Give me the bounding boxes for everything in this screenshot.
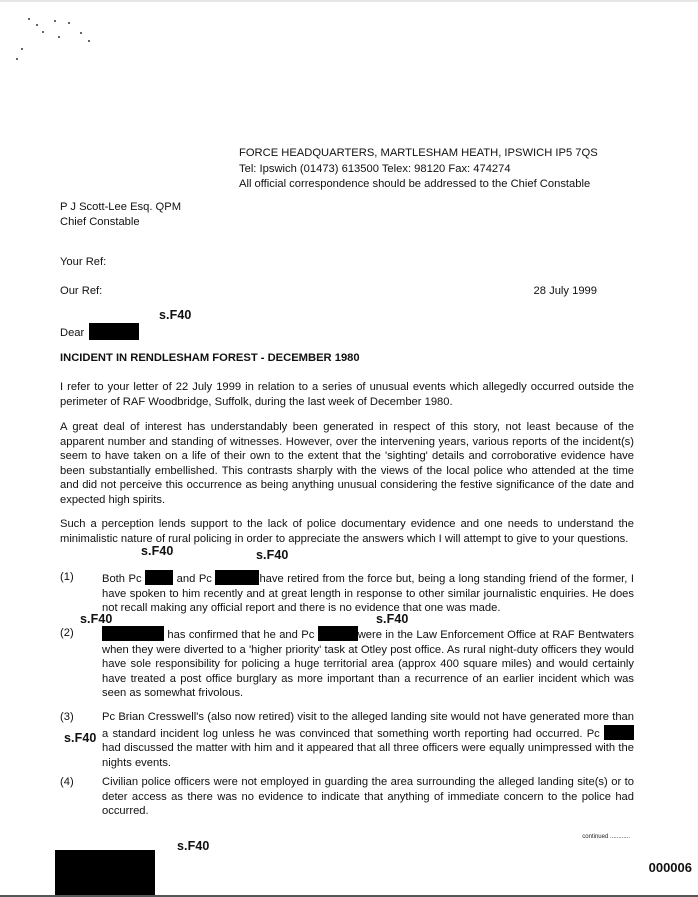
numbered-item-4: (4) Civilian police officers were not em… [60, 775, 634, 819]
redaction-code-label: s.F40 [177, 839, 209, 853]
redacted-name-block [102, 626, 164, 641]
numbered-item-1: (1) Both Pc and Pc have retired from the… [60, 570, 634, 616]
letterhead: FORCE HEADQUARTERS, MARTLESHAM HEATH, IP… [239, 146, 598, 193]
item-text: and Pc [177, 573, 212, 585]
continued-note: continued ............ [582, 834, 630, 840]
addressee-name: P J Scott-Lee Esq. QPM [60, 200, 181, 215]
item-text: has confirmed that he and Pc [167, 629, 314, 641]
redaction-code-label: s.F40 [80, 612, 112, 626]
item-number: (3) [60, 710, 74, 725]
letterhead-contact: Tel: Ipswich (01473) 613500 Telex: 98120… [239, 162, 598, 178]
item-number: (4) [60, 775, 74, 790]
letter-date: 28 July 1999 [534, 285, 597, 297]
our-ref-label: Our Ref: [60, 285, 102, 297]
redacted-name-block [145, 570, 173, 585]
redaction-code-label: s.F40 [376, 612, 408, 626]
redacted-name-block [318, 626, 358, 641]
redacted-name-block [89, 323, 139, 340]
scan-noise-specks [10, 14, 100, 64]
addressee-block: P J Scott-Lee Esq. QPM Chief Constable [60, 200, 181, 230]
redaction-code-label: s.F40 [159, 308, 191, 322]
letterhead-address: FORCE HEADQUARTERS, MARTLESHAM HEATH, IP… [239, 146, 598, 162]
letter-subject: INCIDENT IN RENDLESHAM FOREST - DECEMBER… [60, 352, 360, 364]
scan-top-edge [0, 0, 698, 2]
your-ref-label: Your Ref: [60, 256, 106, 268]
salutation-text: Dear [60, 327, 84, 339]
paragraph-3: Such a perception lends support to the l… [60, 517, 634, 546]
redaction-code-label: s.F40 [256, 548, 288, 562]
redacted-name-block [604, 725, 634, 740]
paragraph-2: A great deal of interest has understanda… [60, 420, 634, 508]
letterhead-correspondence-note: All official correspondence should be ad… [239, 177, 598, 193]
redaction-code-label: s.F40 [64, 731, 96, 745]
item-text: Pc Brian Cresswell's (also now retired) … [102, 711, 634, 740]
item-text: Both Pc [102, 573, 142, 585]
letter-page: FORCE HEADQUARTERS, MARTLESHAM HEATH, IP… [0, 0, 698, 897]
item-text: Civilian police officers were not employ… [102, 776, 634, 817]
numbered-item-2: (2) has confirmed that he and Pc were in… [60, 626, 634, 701]
redacted-name-block [215, 570, 259, 585]
page-number: 000006 [649, 860, 692, 875]
item-number: (1) [60, 570, 74, 585]
item-text: Pc [587, 728, 600, 740]
redacted-signature-block [55, 850, 155, 897]
item-text: had discussed the matter with him and it… [102, 742, 634, 769]
redaction-code-label: s.F40 [141, 544, 173, 558]
paragraph-1: I refer to your letter of 22 July 1999 i… [60, 380, 634, 409]
numbered-item-3: (3) Pc Brian Cresswell's (also now retir… [60, 710, 634, 770]
salutation: Dear [60, 323, 139, 340]
addressee-title: Chief Constable [60, 215, 181, 230]
item-number: (2) [60, 626, 74, 641]
